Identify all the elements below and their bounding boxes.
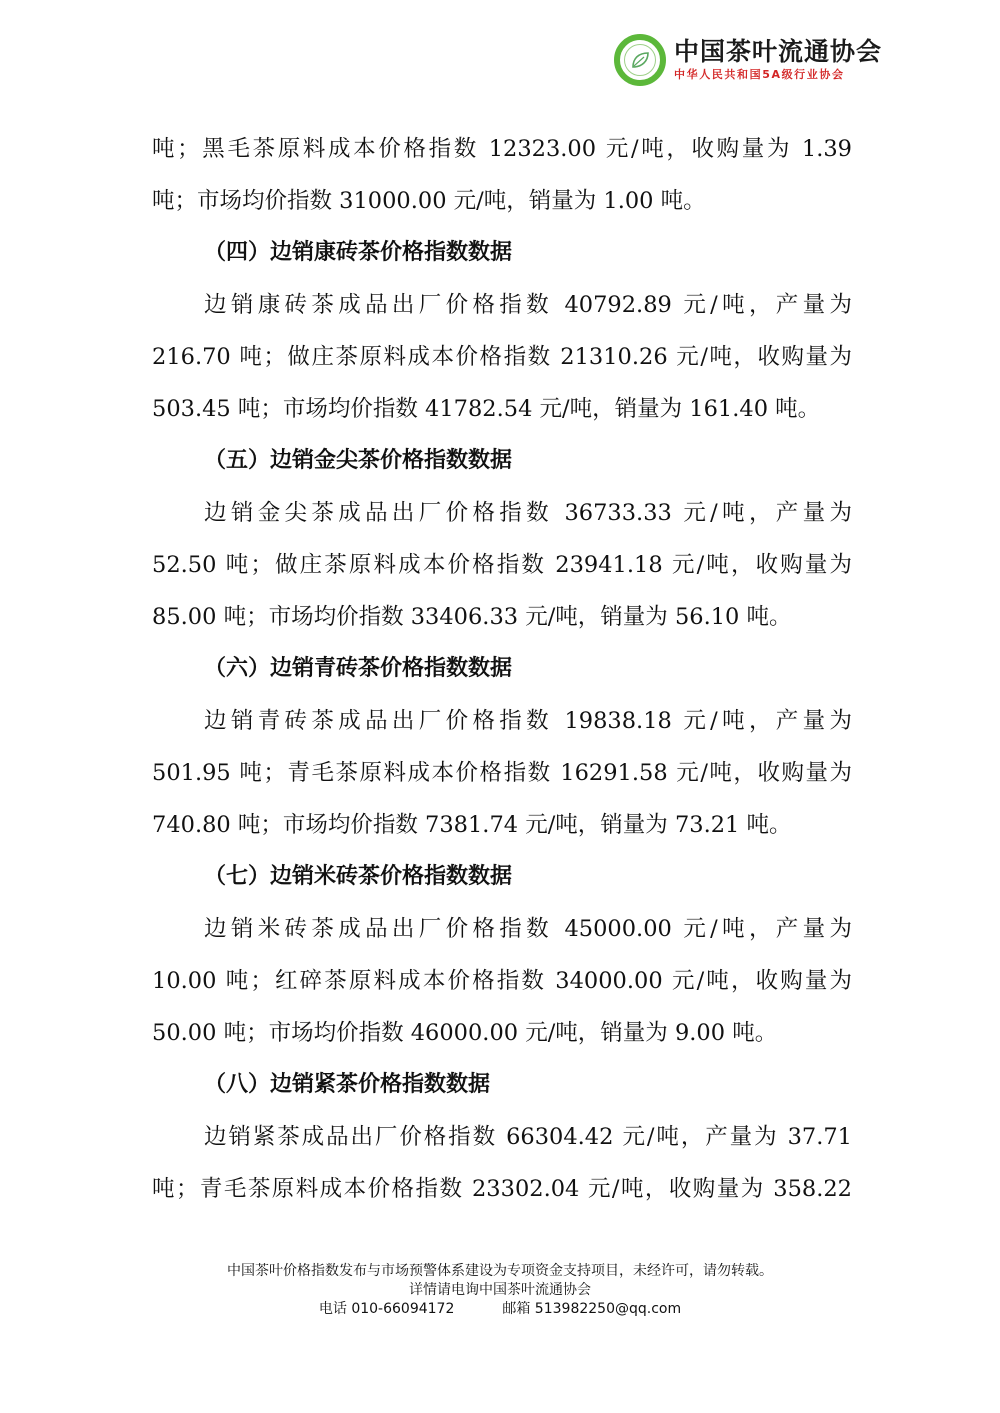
paragraph-line: 503.45 吨；市场均价指数 41782.54 元/吨，销量为 161.40 … bbox=[152, 383, 852, 435]
section-heading: （四）边销康砖茶价格指数数据 bbox=[152, 227, 852, 279]
phone-number: 电话 010-66094172 bbox=[319, 1300, 454, 1319]
section-heading: （七）边销米砖茶价格指数数据 bbox=[152, 851, 852, 903]
section-heading: （八）边销紧茶价格指数数据 bbox=[152, 1059, 852, 1111]
paragraph-line: 85.00 吨；市场均价指数 33406.33 元/吨，销量为 56.10 吨。 bbox=[152, 591, 852, 643]
paragraph-line: 边销康砖茶成品出厂价格指数 40792.89 元/吨，产量为 bbox=[152, 279, 852, 331]
paragraph-line: 52.50 吨；做庄茶原料成本价格指数 23941.18 元/吨，收购量为 bbox=[152, 539, 852, 591]
paragraph-line: 边销青砖茶成品出厂价格指数 19838.18 元/吨，产量为 bbox=[152, 695, 852, 747]
contact-info: 电话 010-66094172邮箱 513982250@qq.com bbox=[0, 1300, 1000, 1319]
section-heading: （六）边销青砖茶价格指数数据 bbox=[152, 643, 852, 695]
email-address[interactable]: 邮箱 513982250@qq.com bbox=[502, 1300, 681, 1319]
inquiry-text: 详情请电询中国茶叶流通协会 bbox=[0, 1281, 1000, 1300]
paragraph-line: 50.00 吨；市场均价指数 46000.00 元/吨，销量为 9.00 吨。 bbox=[152, 1007, 852, 1059]
copyright-notice: 中国茶叶价格指数发布与市场预警体系建设为专项资金支持项目，未经许可，请勿转载。 bbox=[0, 1262, 1000, 1281]
org-subtitle: 中华人民共和国5A级行业协会 bbox=[674, 68, 882, 82]
paragraph-line: 边销紧茶成品出厂价格指数 66304.42 元/吨，产量为 37.71 bbox=[152, 1111, 852, 1163]
paragraph-line: 10.00 吨；红碎茶原料成本价格指数 34000.00 元/吨，收购量为 bbox=[152, 955, 852, 1007]
tea-leaf-icon bbox=[629, 49, 651, 71]
org-name: 中国茶叶流通协会 bbox=[674, 38, 882, 66]
paragraph-line: 501.95 吨；青毛茶原料成本价格指数 16291.58 元/吨，收购量为 bbox=[152, 747, 852, 799]
paragraph-line: 216.70 吨；做庄茶原料成本价格指数 21310.26 元/吨，收购量为 bbox=[152, 331, 852, 383]
paragraph-line: 边销金尖茶成品出厂价格指数 36733.33 元/吨，产量为 bbox=[152, 487, 852, 539]
paragraph-line: 吨；黑毛茶原料成本价格指数 12323.00 元/吨，收购量为 1.39 bbox=[152, 123, 852, 175]
document-body: 吨；黑毛茶原料成本价格指数 12323.00 元/吨，收购量为 1.39 吨；市… bbox=[152, 123, 852, 1215]
paragraph-line: 吨；市场均价指数 31000.00 元/吨，销量为 1.00 吨。 bbox=[152, 175, 852, 227]
section-heading: （五）边销金尖茶价格指数数据 bbox=[152, 435, 852, 487]
tea-leaf-circle-icon bbox=[614, 34, 666, 86]
paragraph-line: 740.80 吨；市场均价指数 7381.74 元/吨，销量为 73.21 吨。 bbox=[152, 799, 852, 851]
org-logo: 中国茶叶流通协会 中华人民共和国5A级行业协会 bbox=[614, 34, 882, 86]
page-footer: 中国茶叶价格指数发布与市场预警体系建设为专项资金支持项目，未经许可，请勿转载。 … bbox=[0, 1262, 1000, 1319]
paragraph-line: 边销米砖茶成品出厂价格指数 45000.00 元/吨，产量为 bbox=[152, 903, 852, 955]
paragraph-line: 吨；青毛茶原料成本价格指数 23302.04 元/吨，收购量为 358.22 bbox=[152, 1163, 852, 1215]
